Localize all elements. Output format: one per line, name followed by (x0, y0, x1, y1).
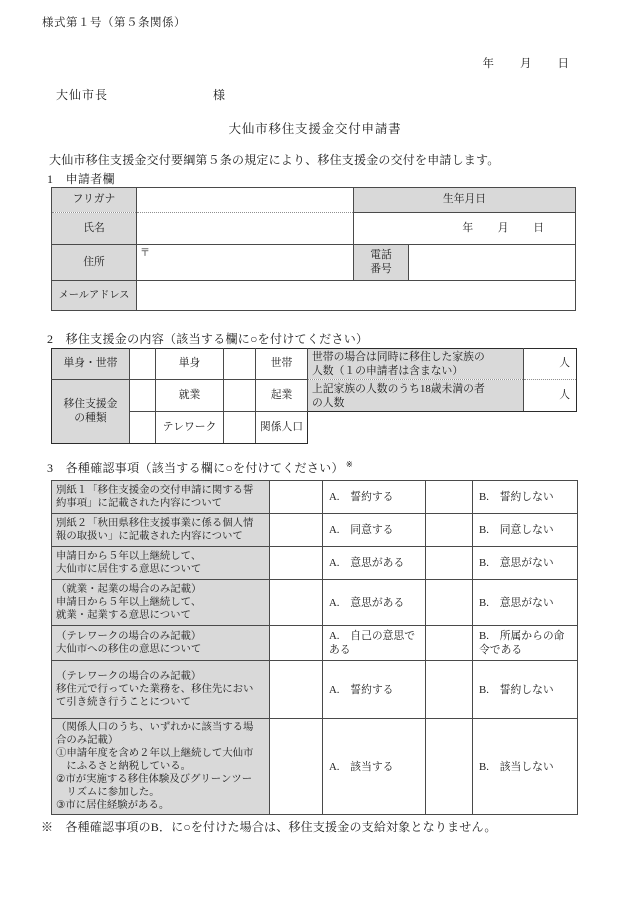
confirmation-row: 別紙２「秋田県移住支援事業に係る個人情 報の取扱い」に記載された内容について A… (52, 514, 578, 547)
option-a-circle-cell[interactable] (270, 547, 323, 580)
option-a-label: A. 自己の意思で ある (323, 626, 426, 661)
option-a-label: A. 同意する (323, 514, 426, 547)
furigana-input-cell[interactable] (137, 188, 354, 213)
telework-circle-cell[interactable] (130, 412, 156, 444)
option-b-circle-cell[interactable] (426, 481, 473, 514)
related-population-option: 関係人口 (256, 412, 308, 444)
confirmation-table: 別紙１「移住支援金の交付申請に関する誓 約事項」に記載された内容について A. … (51, 480, 578, 815)
section3-heading-text: 3 各種確認事項（該当する欄に○を付けてください） (47, 461, 344, 475)
option-a-label: A. 誓約する (323, 661, 426, 719)
family-count-unit: 人 (559, 357, 570, 369)
address-input-cell[interactable]: 〒 (137, 245, 354, 281)
grant-type-label: 移住支援金 の種類 (52, 380, 130, 444)
option-b-circle-cell[interactable] (426, 719, 473, 815)
email-input-cell[interactable] (137, 281, 576, 311)
birthdate-input-cell[interactable]: 年 月 日 (354, 213, 576, 245)
startup-circle-cell[interactable] (224, 380, 256, 412)
option-a-circle-cell[interactable] (270, 719, 323, 815)
confirmation-row: （テレワークの場合のみ記載） 大仙市への移住の意思について A. 自己の意思で … (52, 626, 578, 661)
confirmation-row: （関係人口のうち、いずれかに該当する場 合のみ記載） ①申請年度を含め２年以上継… (52, 719, 578, 815)
birthdate-label: 生年月日 (354, 188, 576, 213)
option-a-circle-cell[interactable] (270, 580, 323, 626)
household-type-label: 単身・世帯 (52, 349, 130, 380)
employment-circle-cell[interactable] (130, 380, 156, 412)
section3-heading-asterisk: ※ (346, 459, 353, 469)
grant-content-table: 単身・世帯 単身 世帯 世帯の場合は同時に移住した家族の 人数（１の申請者は含ま… (51, 348, 577, 444)
email-label: メールアドレス (52, 281, 137, 311)
option-a-label: A. 意思がある (323, 547, 426, 580)
addressee-honorific: 様 (213, 86, 225, 103)
option-b-circle-cell[interactable] (426, 626, 473, 661)
telework-option: テレワーク (156, 412, 224, 444)
addressee: 大仙市長 (56, 86, 108, 103)
confirmation-question: 申請日から５年以上継続して、 大仙市に居住する意思について (52, 547, 270, 580)
option-b-label: B. 誓約しない (473, 661, 578, 719)
startup-option: 起業 (256, 380, 308, 412)
section3-heading: 3 各種確認事項（該当する欄に○を付けてください）※ (47, 459, 353, 476)
option-b-circle-cell[interactable] (426, 547, 473, 580)
family-count-cell[interactable]: 人 (524, 349, 577, 380)
name-input-cell[interactable] (137, 213, 354, 245)
confirmation-question: （就業・起業の場合のみ記載） 申請日から５年以上継続して、 就業・起業する意思に… (52, 580, 270, 626)
option-b-label: B. 意思がない (473, 580, 578, 626)
option-b-circle-cell[interactable] (426, 661, 473, 719)
date-line: 年 月 日 (483, 55, 571, 71)
option-a-label: A. 誓約する (323, 481, 426, 514)
confirmation-question: 別紙１「移住支援金の交付申請に関する誓 約事項」に記載された内容について (52, 481, 270, 514)
option-b-circle-cell[interactable] (426, 580, 473, 626)
option-a-circle-cell[interactable] (270, 626, 323, 661)
single-option: 単身 (156, 349, 224, 380)
option-a-circle-cell[interactable] (270, 514, 323, 547)
confirmation-question: （テレワークの場合のみ記載） 移住元で行っていた業務を、移住先におい て引き続き… (52, 661, 270, 719)
employment-option: 就業 (156, 380, 224, 412)
phone-input-cell[interactable] (409, 245, 576, 281)
name-label: 氏名 (52, 213, 137, 245)
option-b-label: B. 同意しない (473, 514, 578, 547)
form-title: 大仙市移住支援金交付申請書 (0, 119, 630, 137)
confirmation-row: （就業・起業の場合のみ記載） 申請日から５年以上継続して、 就業・起業する意思に… (52, 580, 578, 626)
under18-count-cell[interactable]: 人 (524, 380, 577, 412)
option-b-circle-cell[interactable] (426, 514, 473, 547)
option-a-label: A. 意思がある (323, 580, 426, 626)
address-label: 住所 (52, 245, 137, 281)
applicant-table: フリガナ 生年月日 氏名 年 月 日 住所 〒 電話 番号 メールアドレス (51, 187, 576, 311)
form-page: 様式第１号（第５条関係） 年 月 日 大仙市長 様 大仙市移住支援金交付申請書 … (0, 0, 630, 903)
confirmation-note: ※ 各種確認事項のB．に○を付けた場合は、移住支援金の支給対象となりません。 (41, 818, 497, 835)
household-option: 世帯 (256, 349, 308, 380)
option-a-circle-cell[interactable] (270, 661, 323, 719)
section1-heading: 1 申請者欄 (47, 170, 115, 187)
family-count-note: 世帯の場合は同時に移住した家族の 人数（１の申請者は含まない） (308, 349, 524, 380)
intro-text: 大仙市移住支援金交付要綱第５条の規定により、移住支援金の交付を申請します。 (49, 151, 499, 168)
option-b-label: B. 該当しない (473, 719, 578, 815)
under18-count-unit: 人 (559, 389, 570, 401)
confirmation-row: 申請日から５年以上継続して、 大仙市に居住する意思について A. 意思がある B… (52, 547, 578, 580)
single-circle-cell[interactable] (130, 349, 156, 380)
confirmation-row: （テレワークの場合のみ記載） 移住元で行っていた業務を、移住先におい て引き続き… (52, 661, 578, 719)
option-a-circle-cell[interactable] (270, 481, 323, 514)
household-circle-cell[interactable] (224, 349, 256, 380)
option-b-label: B. 所属からの命 令である (473, 626, 578, 661)
related-population-circle-cell[interactable] (224, 412, 256, 444)
phone-label: 電話 番号 (354, 245, 409, 281)
option-b-label: B. 誓約しない (473, 481, 578, 514)
confirmation-question: 別紙２「秋田県移住支援事業に係る個人情 報の取扱い」に記載された内容について (52, 514, 270, 547)
confirmation-question: （関係人口のうち、いずれかに該当する場 合のみ記載） ①申請年度を含め２年以上継… (52, 719, 270, 815)
section2-heading: 2 移住支援金の内容（該当する欄に○を付けてください） (47, 330, 368, 347)
form-number: 様式第１号（第５条関係） (42, 14, 186, 30)
option-a-label: A. 該当する (323, 719, 426, 815)
confirmation-question: （テレワークの場合のみ記載） 大仙市への移住の意思について (52, 626, 270, 661)
under18-count-note: 上記家族の人数のうち18歳未満の者 の人数 (308, 380, 524, 412)
postal-mark: 〒 (140, 248, 150, 259)
furigana-label: フリガナ (52, 188, 137, 213)
option-b-label: B. 意思がない (473, 547, 578, 580)
confirmation-row: 別紙１「移住支援金の交付申請に関する誓 約事項」に記載された内容について A. … (52, 481, 578, 514)
